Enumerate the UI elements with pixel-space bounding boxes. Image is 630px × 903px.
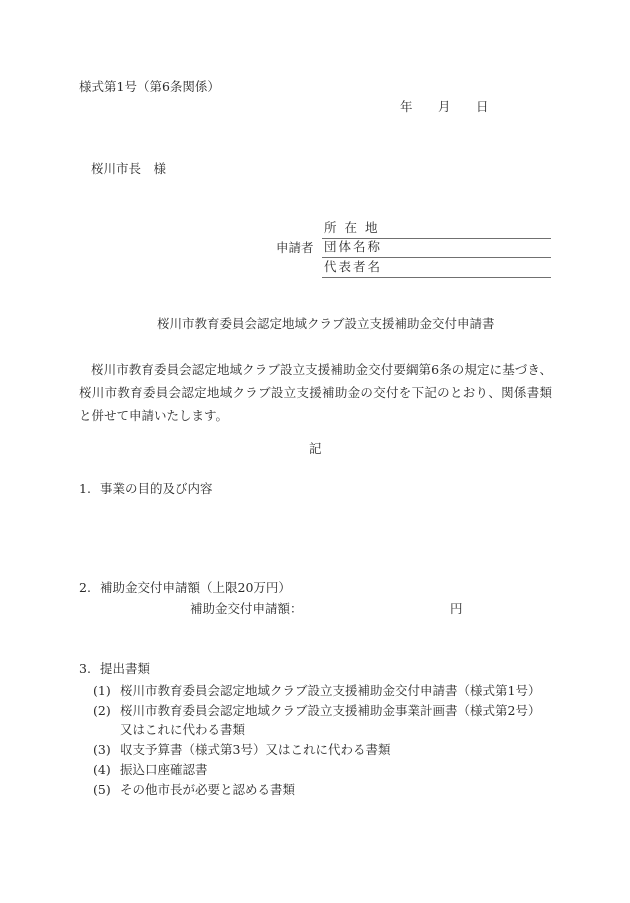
document-list-item: (2)桜川市教育委員会認定地域クラブ設立支援補助金事業計画書（様式第2号） (93, 705, 540, 718)
ki-heading: 記 (309, 443, 322, 456)
addressee: 桜川市長 様 (91, 163, 166, 176)
form-number: 様式第1号（第6条関係） (79, 81, 220, 94)
item-number: (3) (93, 744, 120, 757)
application-form-page: 様式第1号（第6条関係） 年 月 日 桜川市長 様 申請者 所在地 団体名称 代… (0, 0, 630, 903)
date-month: 月 (438, 101, 476, 114)
document-title: 桜川市教育委員会認定地域クラブ設立支援補助金交付申請書 (157, 318, 495, 331)
section-3-title: 提出書類 (100, 661, 150, 676)
section-2-heading: 2. 補助金交付申請額（上限20万円） (79, 582, 291, 595)
section-1-heading: 1. 事業の目的及び内容 (79, 483, 213, 496)
item-number: (5) (93, 784, 120, 797)
section-2-number: 2. (79, 582, 96, 595)
subsidy-amount-currency: 円 (450, 603, 463, 616)
body-paragraph: 桜川市教育委員会認定地域クラブ設立支援補助金交付要綱第6条の規定に基づき、桜川市… (79, 358, 552, 427)
section-3-heading: 3. 提出書類 (79, 663, 150, 676)
item-text: 収支予算書（様式第3号）又はこれに代わる書類 (120, 742, 390, 757)
item-number: (1) (93, 685, 120, 698)
document-list-item: (1)桜川市教育委員会認定地域クラブ設立支援補助金交付申請書（様式第1号） (93, 685, 540, 698)
applicant-label: 申請者 (276, 242, 314, 255)
document-list-item: (4)振込口座確認書 (93, 764, 208, 777)
item-text: その他市長が必要と認める書類 (120, 782, 295, 797)
section-1-title: 事業の目的及び内容 (100, 481, 213, 496)
representative-name-field-label: 代表者名 (324, 261, 382, 274)
document-list-item-continuation: 又はこれに代わる書類 (120, 724, 245, 737)
organization-name-field-label: 団体名称 (324, 241, 382, 254)
item-number: (4) (93, 764, 120, 777)
item-text: 桜川市教育委員会認定地域クラブ設立支援補助金交付申請書（様式第1号） (120, 683, 540, 698)
organization-name-field[interactable]: 団体名称 (322, 239, 551, 258)
address-field-label: 所在地 (324, 222, 386, 235)
date-line: 年 月 日 (400, 101, 489, 114)
item-text: 桜川市教育委員会認定地域クラブ設立支援補助金事業計画書（様式第2号） (120, 703, 540, 718)
subsidy-amount-label: 補助金交付申請額： (190, 603, 303, 616)
section-3-number: 3. (79, 663, 96, 676)
item-number: (2) (93, 705, 120, 718)
section-1-number: 1. (79, 483, 96, 496)
date-day: 日 (476, 101, 489, 114)
address-field[interactable]: 所在地 (322, 220, 551, 239)
item-text: 振込口座確認書 (120, 762, 208, 777)
document-list-item: (3)収支予算書（様式第3号）又はこれに代わる書類 (93, 744, 390, 757)
section-2-title: 補助金交付申請額（上限20万円） (100, 580, 291, 595)
date-year: 年 (400, 101, 438, 114)
representative-name-field[interactable]: 代表者名 (322, 259, 551, 278)
document-list-item: (5)その他市長が必要と認める書類 (93, 784, 295, 797)
